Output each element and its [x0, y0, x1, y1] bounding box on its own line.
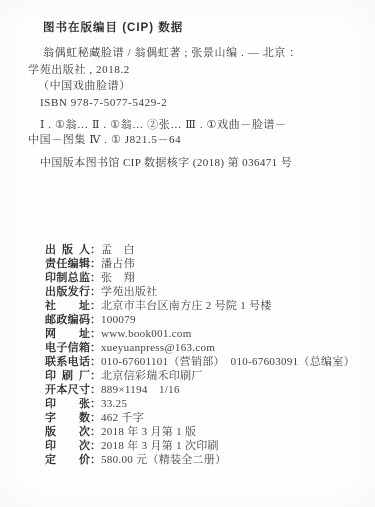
info-label: 出版发行: [45, 285, 90, 299]
label-colon: ：: [90, 258, 101, 270]
label-colon: ：: [90, 412, 101, 424]
label-colon: ：: [90, 398, 101, 410]
info-row-postcode: 邮政编码：100079: [45, 313, 375, 327]
info-label: 印张: [45, 397, 90, 411]
info-value: 100079: [101, 314, 136, 326]
info-label: 印次: [45, 439, 90, 453]
info-label: 社址: [45, 299, 90, 313]
info-label: 网址: [45, 327, 90, 341]
info-value: 学苑出版社: [101, 286, 158, 298]
info-row-publishing-house: 出版发行：学苑出版社: [45, 285, 375, 299]
info-label: 印制总监: [45, 271, 90, 285]
classification-line-1: Ⅰ . ①翁… Ⅱ . ①翁… ②张… Ⅲ . ①戏曲－脸谱－: [40, 118, 375, 133]
info-label: 出版人: [45, 243, 90, 257]
cip-line-series: （中国戏曲脸谱）: [38, 78, 375, 95]
info-row-price: 定价：580.00 元（精装全二册）: [45, 453, 375, 467]
info-value: 张 翔: [101, 272, 135, 284]
label-colon: ：: [90, 342, 101, 354]
info-row-word-count: 字数：462 千字: [45, 411, 375, 425]
cip-description-block: 翁偶虹秘藏脸谱 / 翁偶虹著 ; 张景山编 . — 北京 ： 学苑出版社 , 2…: [0, 45, 375, 111]
label-colon: ：: [90, 356, 101, 368]
info-row-publisher-person: 出版人：孟 白: [45, 243, 375, 257]
cip-line-title-statement: 翁偶虹秘藏脸谱 / 翁偶虹著 ; 张景山编 . — 北京 ：: [43, 45, 375, 62]
info-value: 2018 年 3 月第 1 次印刷: [101, 440, 219, 452]
info-label: 联系电话: [45, 355, 90, 369]
info-row-email: 电子信箱：xueyuanpress@163.com: [45, 341, 375, 355]
info-value: 北京信彩瑞禾印刷厂: [101, 370, 203, 382]
info-value: 潘占伟: [101, 258, 135, 270]
info-value: www.book001.com: [101, 328, 192, 340]
info-value: 010-67601101（营销部） 010-67603091（总编室）: [101, 356, 355, 368]
info-label: 开本尺寸: [45, 383, 90, 397]
info-value: xueyuanpress@163.com: [101, 342, 215, 354]
label-colon: ：: [90, 454, 101, 466]
info-label: 邮政编码: [45, 313, 90, 327]
label-colon: ：: [90, 300, 101, 312]
info-row-website: 网址：www.book001.com: [45, 327, 375, 341]
label-colon: ：: [90, 440, 101, 452]
info-label: 定价: [45, 453, 90, 467]
cip-line-publisher-year: 学苑出版社 , 2018.2: [28, 62, 375, 79]
info-label: 字数: [45, 411, 90, 425]
info-row-printing-factory: 印刷厂：北京信彩瑞禾印刷厂: [45, 369, 375, 383]
info-label: 印刷厂: [45, 369, 90, 383]
info-row-phone: 联系电话：010-67601101（营销部） 010-67603091（总编室）: [45, 355, 375, 369]
info-row-print-director: 印制总监：张 翔: [45, 271, 375, 285]
cip-heading: 图书在版编目 (CIP) 数据: [43, 21, 375, 35]
label-colon: ：: [90, 286, 101, 298]
info-value: 北京市丰台区南方庄 2 号院 1 号楼: [101, 300, 272, 312]
label-colon: ：: [90, 370, 101, 382]
info-value: 孟 白: [101, 244, 135, 256]
label-colon: ：: [90, 384, 101, 396]
info-value: 33.25: [101, 398, 127, 410]
label-colon: ：: [90, 244, 101, 256]
info-row-edition: 版次：2018 年 3 月第 1 版: [45, 425, 375, 439]
info-row-sheets: 印张：33.25: [45, 397, 375, 411]
publication-info-block: 出版人：孟 白 责任编辑：潘占伟 印制总监：张 翔 出版发行：学苑出版社 社址：…: [0, 243, 375, 467]
info-label: 电子信箱: [45, 341, 90, 355]
cip-record-number: 中国版本图书馆 CIP 数据核字 (2018) 第 036471 号: [40, 156, 375, 171]
info-row-format-size: 开本尺寸：889×1194 1/16: [45, 383, 375, 397]
info-value: 889×1194 1/16: [101, 384, 180, 396]
cip-classification-block: Ⅰ . ①翁… Ⅱ . ①翁… ②张… Ⅲ . ①戏曲－脸谱－ 中国－图集 Ⅳ …: [0, 118, 375, 148]
info-value: 2018 年 3 月第 1 版: [101, 426, 196, 438]
cip-line-isbn: ISBN 978-7-5077-5429-2: [40, 95, 375, 112]
info-row-address: 社址：北京市丰台区南方庄 2 号院 1 号楼: [45, 299, 375, 313]
info-row-impression: 印次：2018 年 3 月第 1 次印刷: [45, 439, 375, 453]
info-label: 责任编辑: [45, 257, 90, 271]
classification-line-2: 中国－图集 Ⅳ . ① J821.5－64: [28, 133, 375, 148]
label-colon: ：: [90, 426, 101, 438]
label-colon: ：: [90, 328, 101, 340]
info-value: 580.00 元（精装全二册）: [101, 454, 227, 466]
info-label: 版次: [45, 425, 90, 439]
info-value: 462 千字: [101, 412, 144, 424]
info-row-editor: 责任编辑：潘占伟: [45, 257, 375, 271]
label-colon: ：: [90, 272, 101, 284]
label-colon: ：: [90, 314, 101, 326]
cip-copyright-page: 图书在版编目 (CIP) 数据 翁偶虹秘藏脸谱 / 翁偶虹著 ; 张景山编 . …: [0, 0, 375, 507]
